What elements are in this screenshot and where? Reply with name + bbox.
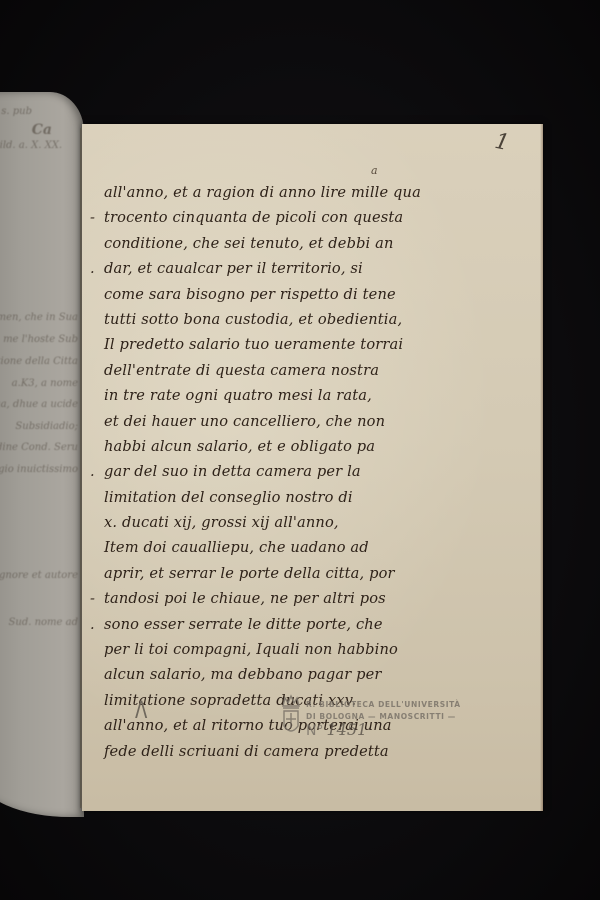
text-line: tutti sotto bona custodia, et obedientia… [104, 307, 444, 332]
text-line: .dar, et caualcar per il territorio, si [104, 256, 444, 281]
text-line: per li toi compagni, Iquali non habbino [104, 637, 444, 662]
text-line: et dei hauer uno cancelliero, che non [104, 409, 444, 434]
text-line: all'anno, et a ragion di anno lire mille… [104, 180, 444, 205]
left-page-fragment: Ca [32, 122, 52, 138]
crown-crest-icon [280, 694, 302, 740]
stamp-number: 1451 [326, 720, 367, 739]
left-page-fragment: me l'hoste Sub [3, 334, 78, 345]
left-page-fragment: Argio inuictissimo [0, 464, 78, 475]
folio-number: 1 [493, 129, 512, 156]
text-line: in tre rate ogni quatro mesi la rata, [104, 383, 444, 408]
text-line: x. ducati xij, grossi xij all'anno, [104, 510, 444, 535]
text-line: .sono esser serrate le ditte porte, che [104, 612, 444, 637]
text-line: dell'entrate di questa camera nostra [104, 358, 444, 383]
text-line: -trocento cinquanta de picoli con questa [104, 205, 444, 230]
left-page-fragment: qua, dhue a ucide [0, 399, 78, 410]
catchmark: a [371, 164, 378, 177]
text-line: -tandosi poi le chiaue, ne per altri pos [104, 586, 444, 611]
left-page-fragment: Bild. a. X. XX. [0, 140, 62, 151]
text-line: conditione, che sei tenuto, et debbi an [104, 231, 444, 256]
manuscript-page: 1 a all'anno, et a ragion di anno lire m… [82, 124, 543, 811]
text-line: come sara bisogno per rispetto di tene [104, 282, 444, 307]
text-line: .gar del suo in detta camera per la [104, 459, 444, 484]
left-page-fragment: etione della Citta [0, 356, 78, 367]
text-line: alcun salario, ma debbano pagar per [104, 662, 444, 687]
left-page-fragment: a.K3, a nome [12, 378, 78, 389]
text-line: Il predetto salario tuo ueramente torrai [104, 332, 444, 357]
text-line: habbi alcun salario, et e obligato pa [104, 434, 444, 459]
left-page-fragment: dine Cond. Seru [0, 442, 78, 453]
left-page-fragment: signore et autore [0, 570, 78, 581]
left-page-fragment: Sud. nome ad [9, 617, 78, 628]
page-edge [540, 124, 543, 811]
text-line: aprir, et serrar le porte della citta, p… [104, 561, 444, 586]
library-stamp: R. BIBLIOTECA DELL'UNIVERSITÀ DI BOLOGNA… [280, 692, 460, 744]
stamp-number-prefix: N° [306, 723, 323, 739]
stamp-shelfmark: N°1451 [306, 720, 367, 739]
left-page-fragment: s. pub [1, 106, 32, 117]
text-line: limitation del conseglio nostro di [104, 485, 444, 510]
manuscript-text: all'anno, et a ragion di anno lire mille… [104, 180, 444, 764]
stamp-library-name: R. BIBLIOTECA DELL'UNIVERSITÀ [306, 700, 461, 709]
left-facing-page: s. pub Ca Bild. a. X. XX. amen, che in S… [0, 92, 84, 817]
left-page-fragment: Subsidiadio; [15, 421, 78, 432]
pencil-mark: Λ [135, 696, 147, 724]
text-line: Item doi caualliери, che uadano ad [104, 535, 444, 560]
left-page-fragment: amen, che in Sua [0, 312, 78, 323]
